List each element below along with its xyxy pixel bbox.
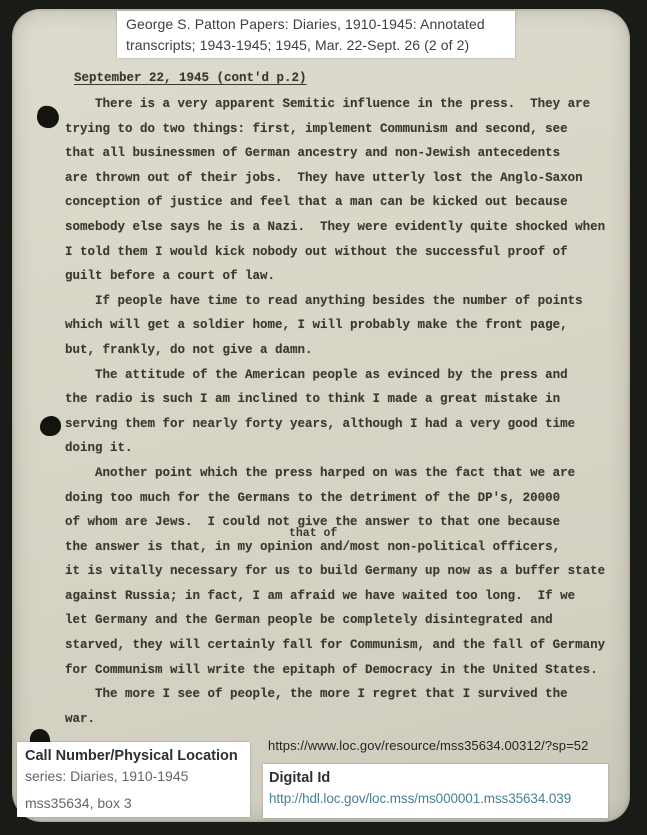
- document-line: guilt before a court of law.: [65, 264, 625, 289]
- document-line: serving them for nearly forty years, alt…: [65, 412, 625, 437]
- document-line: doing it.: [65, 436, 625, 461]
- document-line: somebody else says he is a Nazi. They we…: [65, 215, 625, 240]
- call-number-overlay: Call Number/Physical Location series: Di…: [17, 742, 250, 817]
- document-line: starved, they will certainly fall for Co…: [65, 633, 625, 658]
- document-line: for Communism will write the epitaph of …: [65, 658, 625, 683]
- item-title-overlay: George S. Patton Papers: Diaries, 1910-1…: [117, 11, 515, 58]
- document-line: but, frankly, do not give a damn.: [65, 338, 625, 363]
- digital-id-label: Digital Id: [269, 768, 608, 788]
- document-line: against Russia; in fact, I am afraid we …: [65, 584, 625, 609]
- document-line: The attitude of the American people as e…: [65, 363, 625, 388]
- document-line: If people have time to read anything bes…: [65, 289, 625, 314]
- digital-id-link[interactable]: http://hdl.loc.gov/loc.mss/ms000001.mss3…: [269, 788, 608, 809]
- call-number-box: mss35634, box 3: [25, 793, 250, 813]
- hole-punch-top: [36, 105, 61, 130]
- screenshot-root: { "header": { "title_line1": "George S. …: [0, 0, 647, 835]
- document-date-heading: September 22, 1945 (cont'd p.2): [74, 71, 307, 85]
- document-line: war.: [65, 707, 625, 732]
- document-line: let Germany and the German people be com…: [65, 608, 625, 633]
- digital-id-overlay: Digital Id http://hdl.loc.gov/loc.mss/ms…: [263, 764, 608, 818]
- document-line: trying to do two things: first, implemen…: [65, 117, 625, 142]
- call-number-series: series: Diaries, 1910-1945: [25, 766, 250, 786]
- hole-punch-middle: [40, 416, 61, 436]
- document-line: the answer is that, in my opinion and/mo…: [65, 535, 625, 560]
- call-number-label: Call Number/Physical Location: [25, 746, 250, 766]
- document-line: the radio is such I am inclined to think…: [65, 387, 625, 412]
- document-line: are thrown out of their jobs. They have …: [65, 166, 625, 191]
- document-line: it is vitally necessary for us to build …: [65, 559, 625, 584]
- document-line: that all businessmen of German ancestry …: [65, 141, 625, 166]
- document-line: Another point which the press harped on …: [65, 461, 625, 486]
- document-line: There is a very apparent Semitic influen…: [65, 92, 625, 117]
- item-title-line1: George S. Patton Papers: Diaries, 1910-1…: [126, 14, 515, 35]
- handtyped-insertion: that of: [289, 527, 337, 540]
- resource-url[interactable]: https://www.loc.gov/resource/mss35634.00…: [268, 738, 613, 753]
- document-line: I told them I would kick nobody out with…: [65, 240, 625, 265]
- document-line: which will get a soldier home, I will pr…: [65, 313, 625, 338]
- document-line: The more I see of people, the more I reg…: [65, 682, 625, 707]
- item-title-line2: transcripts; 1943-1945; 1945, Mar. 22-Se…: [126, 35, 515, 56]
- document-line: of whom are Jews. I could not give the a…: [65, 510, 625, 535]
- document-line: doing too much for the Germans to the de…: [65, 486, 625, 511]
- document-body: There is a very apparent Semitic influen…: [65, 92, 625, 731]
- document-line: conception of justice and feel that a ma…: [65, 190, 625, 215]
